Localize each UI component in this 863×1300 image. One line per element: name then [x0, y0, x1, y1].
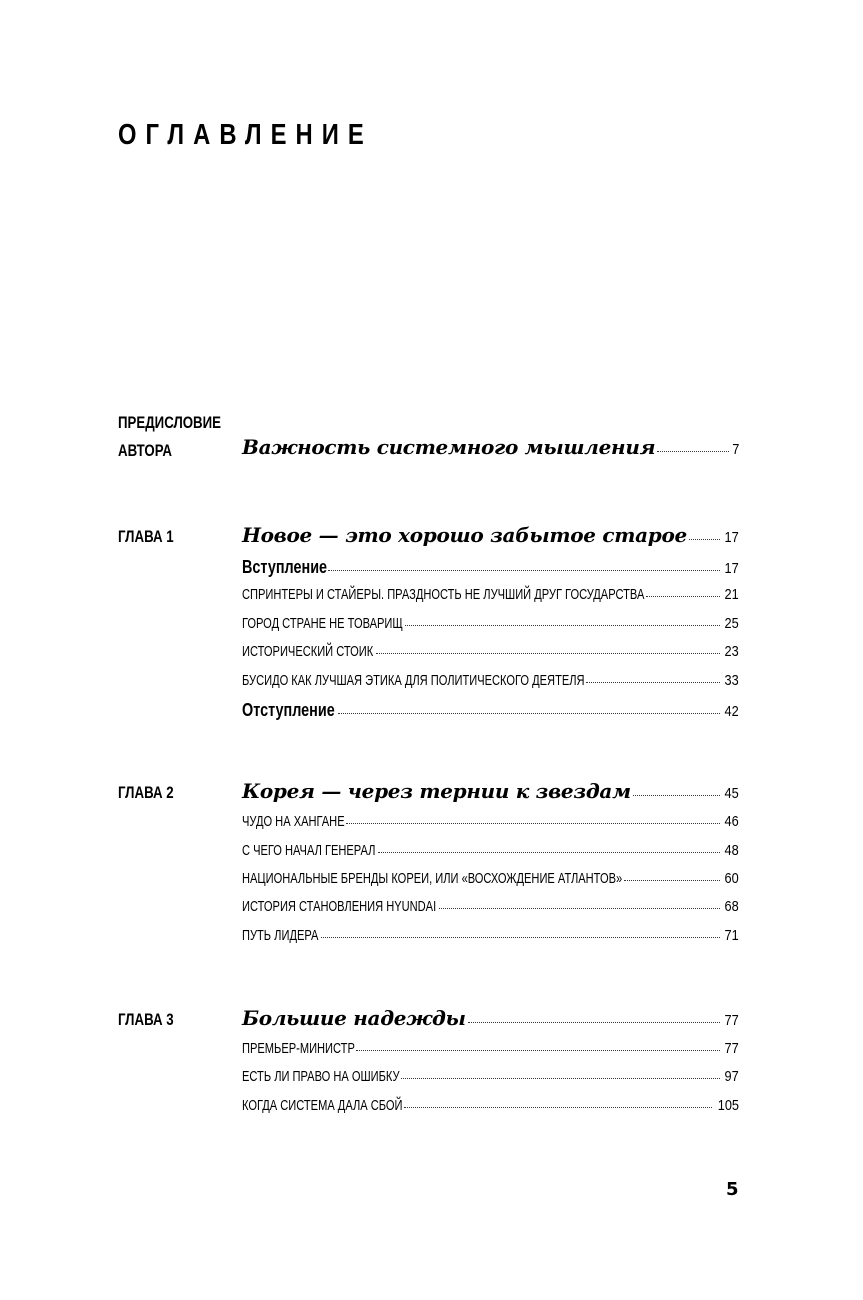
dot-leader — [338, 713, 720, 714]
toc-chapter-title-row[interactable]: Корея — через тернии к звездам45 — [242, 779, 739, 803]
dot-leader — [404, 1107, 711, 1108]
toc-entry-row[interactable]: ИСТОРИЧЕСКИЙ СТОИК23 — [242, 643, 739, 660]
dot-leader — [633, 795, 721, 796]
dot-leader — [586, 682, 720, 683]
dot-leader — [405, 625, 720, 626]
dot-leader — [356, 1050, 720, 1051]
entry-page-number: 46 — [725, 813, 739, 830]
dot-leader — [378, 852, 721, 853]
entry-title: КОГДА СИСТЕМА ДАЛА СБОЙ — [242, 1097, 403, 1114]
entry-page-number: 17 — [725, 560, 739, 577]
entry-page-number: 77 — [725, 1012, 739, 1029]
entry-title: БУСИДО КАК ЛУЧШАЯ ЭТИКА ДЛЯ ПОЛИТИЧЕСКОГ… — [242, 672, 585, 689]
dot-leader — [646, 596, 720, 597]
entry-title: ПРЕМЬЕР-МИНИСТР — [242, 1040, 355, 1057]
chapter-label: ПРЕДИСЛОВИЕ — [118, 413, 221, 433]
dot-leader — [439, 908, 721, 909]
entry-title: ПУТЬ ЛИДЕРА — [242, 927, 318, 944]
page-title: ОГЛАВЛЕНИЕ — [118, 117, 373, 153]
dot-leader — [328, 570, 720, 571]
chapter-label: ГЛАВА 3 — [118, 1010, 174, 1030]
entry-title: ГОРОД СТРАНЕ НЕ ТОВАРИЩ — [242, 615, 403, 632]
entry-title: ИСТОРИЯ СТАНОВЛЕНИЯ HYUNDAI — [242, 898, 436, 915]
toc-entry-row[interactable]: ЕСТЬ ЛИ ПРАВО НА ОШИБКУ97 — [242, 1068, 739, 1085]
entry-page-number: 48 — [725, 842, 739, 859]
toc-entry-row[interactable]: С ЧЕГО НАЧАЛ ГЕНЕРАЛ48 — [242, 842, 739, 859]
entry-page-number: 25 — [725, 615, 739, 632]
entry-page-number: 97 — [725, 1068, 739, 1085]
entry-page-number: 42 — [725, 703, 739, 720]
entry-title: НАЦИОНАЛЬНЫЕ БРЕНДЫ КОРЕИ, ИЛИ «ВОСХОЖДЕ… — [242, 870, 622, 887]
entry-page-number: 45 — [725, 785, 739, 802]
chapter-label: ГЛАВА 2 — [118, 783, 174, 803]
entry-title: С ЧЕГО НАЧАЛ ГЕНЕРАЛ — [242, 842, 375, 859]
toc-entry-row[interactable]: ГОРОД СТРАНЕ НЕ ТОВАРИЩ25 — [242, 615, 739, 632]
toc-entry-row[interactable]: Отступление42 — [242, 700, 739, 721]
toc-chapter-title-row[interactable]: Новое — это хорошо забытое старое17 — [242, 523, 739, 547]
entry-page-number: 71 — [725, 927, 739, 944]
dot-leader — [401, 1078, 720, 1079]
dot-leader — [376, 653, 721, 654]
dot-leader — [468, 1022, 721, 1023]
toc-entry-row[interactable]: ПРЕМЬЕР-МИНИСТР77 — [242, 1040, 739, 1057]
chapter-label: ГЛАВА 1 — [118, 527, 174, 547]
dot-leader — [689, 539, 720, 540]
chapter-label: АВТОРА — [118, 441, 172, 461]
entry-page-number: 105 — [718, 1097, 739, 1114]
entry-page-number: 17 — [725, 529, 739, 546]
entry-title: ЕСТЬ ЛИ ПРАВО НА ОШИБКУ — [242, 1068, 400, 1085]
entry-title: СПРИНТЕРЫ И СТАЙЕРЫ. ПРАЗДНОСТЬ НЕ ЛУЧШИ… — [242, 586, 644, 603]
toc-entry-row[interactable]: ПУТЬ ЛИДЕРА71 — [242, 927, 739, 944]
dot-leader — [624, 880, 720, 881]
dot-leader — [657, 451, 728, 452]
toc-entry-row[interactable]: БУСИДО КАК ЛУЧШАЯ ЭТИКА ДЛЯ ПОЛИТИЧЕСКОГ… — [242, 672, 739, 689]
entry-title: ИСТОРИЧЕСКИЙ СТОИК — [242, 643, 373, 660]
entry-title: Вступление — [242, 557, 327, 578]
toc-chapter-title-row[interactable]: Важность системного мышления7 — [242, 435, 739, 459]
entry-title: Корея — через тернии к звездам — [242, 779, 631, 803]
entry-page-number: 68 — [725, 898, 739, 915]
toc-chapter-title-row[interactable]: Большие надежды77 — [242, 1006, 739, 1030]
entry-page-number: 21 — [725, 586, 739, 603]
toc-entry-row[interactable]: Вступление17 — [242, 557, 739, 578]
entry-title: Новое — это хорошо забытое старое — [242, 523, 687, 547]
entry-title: Важность системного мышления — [242, 435, 655, 459]
page-number: 5 — [726, 1179, 739, 1200]
entry-page-number: 23 — [725, 643, 739, 660]
entry-title: Отступление — [242, 700, 335, 721]
dot-leader — [321, 937, 721, 938]
entry-page-number: 60 — [725, 870, 739, 887]
toc-entry-row[interactable]: НАЦИОНАЛЬНЫЕ БРЕНДЫ КОРЕИ, ИЛИ «ВОСХОЖДЕ… — [242, 870, 739, 887]
dot-leader — [346, 823, 720, 824]
entry-page-number: 7 — [732, 441, 739, 458]
toc-entry-row[interactable]: КОГДА СИСТЕМА ДАЛА СБОЙ105 — [242, 1097, 739, 1114]
entry-title: Большие надежды — [242, 1006, 466, 1030]
entry-page-number: 77 — [725, 1040, 739, 1057]
toc-entry-row[interactable]: ЧУДО НА ХАНГАНЕ46 — [242, 813, 739, 830]
toc-entry-row[interactable]: ИСТОРИЯ СТАНОВЛЕНИЯ HYUNDAI68 — [242, 898, 739, 915]
toc-entry-row[interactable]: СПРИНТЕРЫ И СТАЙЕРЫ. ПРАЗДНОСТЬ НЕ ЛУЧШИ… — [242, 586, 739, 603]
entry-title: ЧУДО НА ХАНГАНЕ — [242, 813, 345, 830]
entry-page-number: 33 — [725, 672, 739, 689]
